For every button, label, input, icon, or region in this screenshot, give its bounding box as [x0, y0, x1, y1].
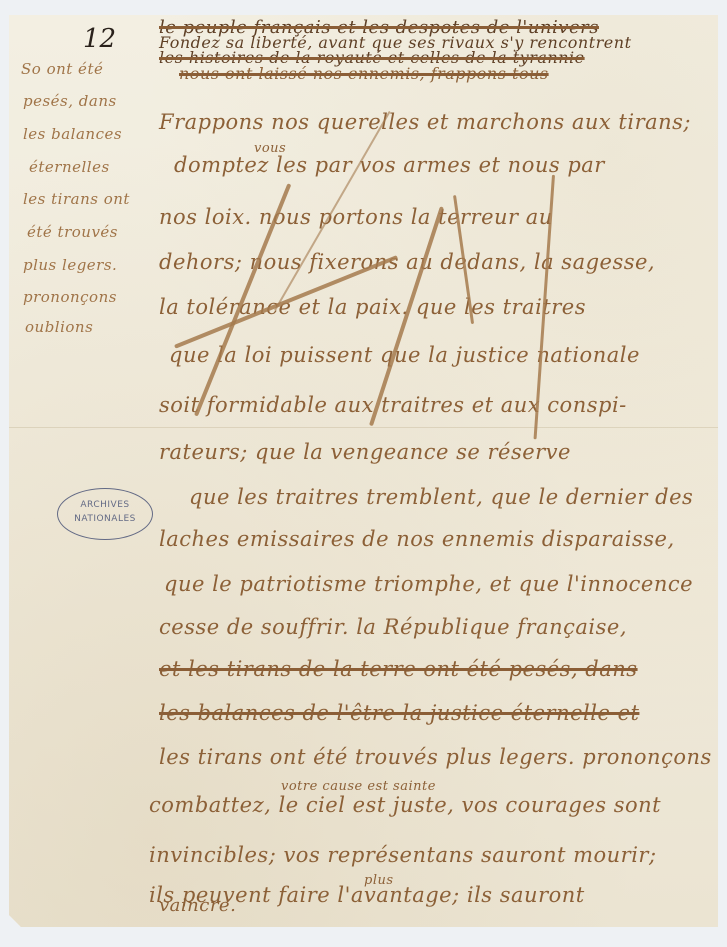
- margin-note: prononçons: [23, 288, 117, 306]
- manuscript-page: 12 le peuple français et les despotes de…: [9, 15, 718, 927]
- margin-note: éternelles: [29, 158, 110, 176]
- page-number: 12: [83, 24, 116, 54]
- margin-note: les balances: [23, 125, 122, 143]
- margin-note: plus legers.: [23, 256, 117, 274]
- interlinear-insert: votre cause est sainte: [281, 779, 436, 794]
- body-line: les tirans ont été trouvés plus legers. …: [159, 745, 712, 769]
- margin-note: pesés, dans: [23, 92, 117, 110]
- body-line: que les traitres tremblent, que le derni…: [189, 485, 693, 509]
- body-line: domptez les par vos armes et nous par: [174, 153, 605, 177]
- margin-note: les tirans ont: [23, 190, 130, 208]
- body-line: vaincre.: [159, 895, 236, 916]
- margin-note: été trouvés: [27, 223, 118, 241]
- body-line: que le patriotisme triomphe, et que l'in…: [164, 572, 693, 596]
- stamp-line-2: NATIONALES: [58, 512, 152, 526]
- header-struck-line: nous ont laissé nos ennemis, frappons to…: [179, 64, 549, 83]
- body-line: cesse de souffrir. la République françai…: [159, 615, 627, 639]
- body-line: que la loi puissent que la justice natio…: [169, 343, 640, 367]
- body-line: dehors; nous fixerons au dedans, la sage…: [159, 250, 655, 274]
- body-line: combattez, le ciel est juste, vos courag…: [149, 793, 661, 817]
- body-line: rateurs; que la vengeance se réserve: [159, 440, 571, 464]
- body-line: soit formidable aux traitres et aux cons…: [159, 393, 627, 417]
- paper-fold-line: [9, 427, 718, 428]
- body-line-struck: les balances de l'être la justice éterne…: [159, 701, 639, 725]
- margin-note: oublions: [25, 318, 93, 336]
- stamp-line-1: ARCHIVES: [58, 498, 152, 512]
- body-line: laches emissaires de nos ennemis dispara…: [159, 527, 675, 551]
- body-line: invincibles; vos représentans sauront mo…: [149, 843, 657, 867]
- body-line-struck: et les tirans de la terre ont été pesés,…: [159, 657, 638, 681]
- body-line: la tolérance et la paix. que les traitre…: [159, 295, 586, 319]
- body-line: nos loix. nous portons la terreur au: [159, 205, 553, 229]
- margin-note: So ont été: [21, 60, 103, 78]
- archives-nationales-stamp: ARCHIVES NATIONALES: [57, 488, 153, 540]
- body-line: Frappons nos querelles et marchons aux t…: [159, 110, 691, 134]
